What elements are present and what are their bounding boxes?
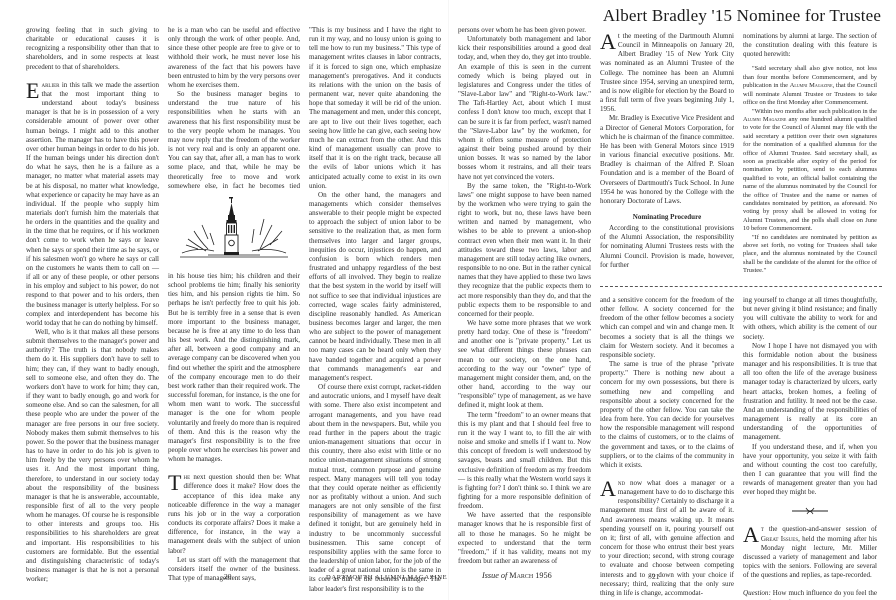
page-number-left: 20 xyxy=(224,572,232,581)
running-footer-issue: Issue of March 1956 xyxy=(482,571,552,580)
paragraph: Let us start off with the management tha… xyxy=(168,556,300,583)
baker-tower-illustration xyxy=(178,195,290,263)
drop-cap: T xyxy=(168,474,181,492)
drop-cap: A xyxy=(743,526,759,544)
section-divider-ornament-icon xyxy=(743,507,877,515)
paragraph-dropcap: The next question should then be: What d… xyxy=(168,473,300,555)
article-column-4: persons over whom he has been given powe… xyxy=(458,26,591,566)
sidebar-divider-rule xyxy=(600,286,882,287)
paragraph: Of course there exist corrupt, racket-ri… xyxy=(309,383,441,594)
paragraph: The term "freedom" to an owner means tha… xyxy=(458,411,591,512)
paragraph-dropcap: Earlier in this talk we made the asserti… xyxy=(26,81,159,328)
drop-cap: E xyxy=(26,82,39,100)
paragraph: Unfortunately both management and labor … xyxy=(458,35,591,182)
section-subhead: Nominating Procedure xyxy=(600,213,734,222)
paragraph: We have some more phrases that we work p… xyxy=(458,319,591,411)
paragraph: According to the constitutional provisio… xyxy=(600,224,734,270)
article-column-2-top: he is a man who can be useful and effect… xyxy=(168,26,300,191)
paragraph-dropcap: And now what does a manager or a managem… xyxy=(600,479,734,598)
sidebar-column-left: At the meeting of the Dartmouth Alumni C… xyxy=(600,32,734,270)
article-column-2-bottom: in his house ties him; his children and … xyxy=(168,272,300,583)
drop-cap: A xyxy=(600,33,616,51)
constitution-quote: "Within two months after such publicatio… xyxy=(743,108,877,234)
page-number-right: 21 xyxy=(652,572,660,581)
paragraph: By the same token, the "Right-to-Work la… xyxy=(458,182,591,319)
paragraph: Mr. Bradley is Executive Vice President … xyxy=(600,114,734,206)
article-column-1: growing feeling that in such giving to c… xyxy=(26,26,159,584)
paragraph: growing feeling that in such giving to c… xyxy=(26,26,159,72)
sidebar-column-right: nominations by alumni at large. The sect… xyxy=(743,32,877,276)
paragraph-dropcap: At the question-and-answer session of Gr… xyxy=(743,525,877,580)
running-footer-magazine: DARTMOUTH ALUMNI MAGAZINE xyxy=(326,574,447,581)
qa-question: Question: How much influence do you feel… xyxy=(743,589,877,600)
article-column-6: ing yourself to change at all times thou… xyxy=(743,296,877,600)
sidebar-headline: Albert Bradley '15 Nominee for Trustee xyxy=(600,6,884,26)
paragraph: We have asserted that the responsible ma… xyxy=(458,511,591,566)
paragraph: The same is true of the phrase "private … xyxy=(600,360,734,470)
page-gutter xyxy=(448,0,449,600)
constitution-quote: "If no candidates are nominated by petit… xyxy=(743,234,877,276)
paragraph: nominations by alumni at large. The sect… xyxy=(743,32,877,59)
paragraph: in his house ties him; his children and … xyxy=(168,272,300,464)
article-column-3: "This is my business and I have the righ… xyxy=(309,26,441,594)
paragraph: persons over whom he has been given powe… xyxy=(458,26,591,35)
paragraph: If you understand these, and if, when yo… xyxy=(743,443,877,498)
constitution-quote: "Said secretary shall also give notice, … xyxy=(743,65,877,107)
article-column-5: and a sensitive concern for the freedom … xyxy=(600,296,734,598)
paragraph: ing yourself to change at all times thou… xyxy=(743,296,877,342)
drop-cap: A xyxy=(600,480,616,498)
paragraph-dropcap: At the meeting of the Dartmouth Alumni C… xyxy=(600,32,734,114)
paragraph: he is a man who can be useful and effect… xyxy=(168,26,300,90)
paragraph: On the other hand, the managers and mana… xyxy=(309,191,441,383)
paragraph: So the business manager begins to unders… xyxy=(168,90,300,191)
paragraph: "This is my business and I have the righ… xyxy=(309,26,441,191)
paragraph: Well, who is it that makes all these per… xyxy=(26,328,159,584)
paragraph: Now I hope I have not dismayed you with … xyxy=(743,342,877,443)
paragraph: and a sensitive concern for the freedom … xyxy=(600,296,734,360)
